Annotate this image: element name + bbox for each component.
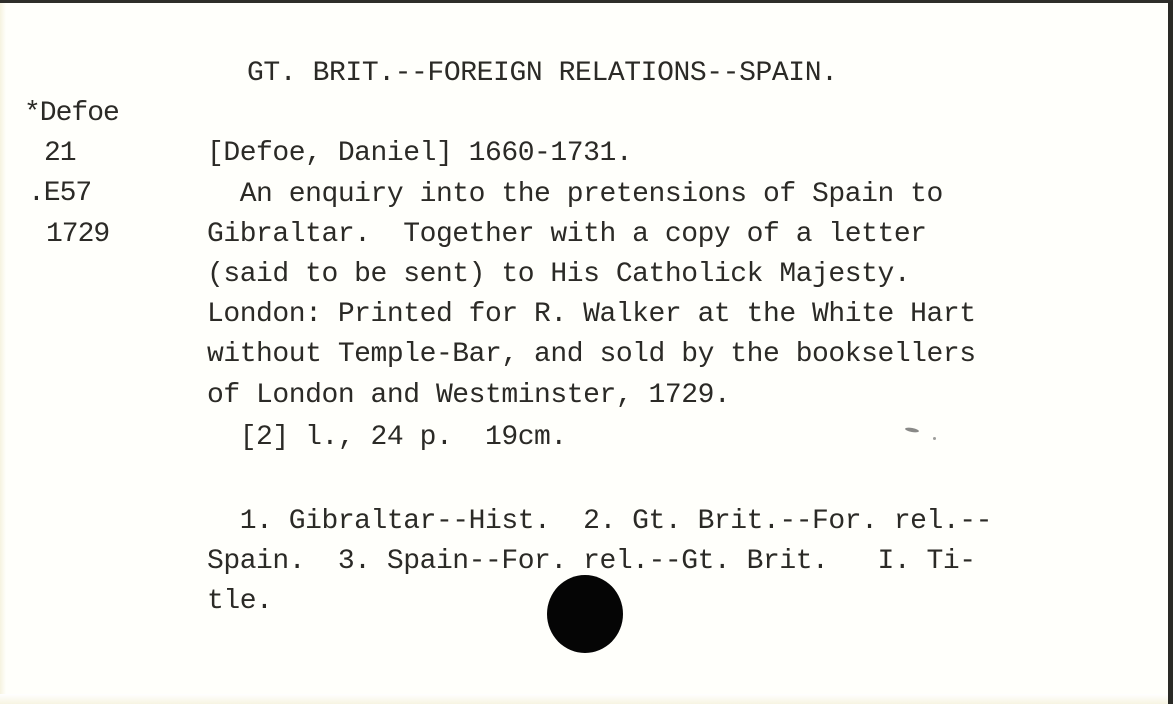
- call-number-line: *Defoe: [24, 100, 119, 128]
- ink-speck: [933, 437, 936, 440]
- imprint-line: London: Printed for R. Walker at the Whi…: [207, 301, 976, 329]
- tracing-line: 1. Gibraltar--Hist. 2. Gt. Brit.--For. r…: [207, 508, 992, 536]
- title-line: (said to be sent) to His Catholick Majes…: [207, 261, 910, 289]
- subject-heading: GT. BRIT.--FOREIGN RELATIONS--SPAIN.: [247, 60, 838, 88]
- title-line: An enquiry into the pretensions of Spain…: [207, 181, 943, 209]
- catalog-card: GT. BRIT.--FOREIGN RELATIONS--SPAIN. *De…: [0, 0, 1173, 704]
- author-line: [Defoe, Daniel] 1660-1731.: [207, 140, 632, 168]
- tracing-line: Spain. 3. Spain--For. rel.--Gt. Brit. I.…: [207, 548, 976, 576]
- collation-line: [2] l., 24 p. 19cm.: [207, 424, 567, 452]
- title-line: Gibraltar. Together with a copy of a let…: [207, 221, 927, 249]
- imprint-line: without Temple-Bar, and sold by the book…: [207, 341, 976, 369]
- call-number-line: 21: [44, 140, 76, 168]
- call-number-line: 1729: [46, 221, 109, 249]
- call-number-line: .E57: [28, 180, 91, 208]
- punch-hole: [547, 575, 623, 653]
- ink-smudge: [905, 427, 919, 433]
- imprint-line: of London and Westminster, 1729.: [207, 382, 730, 410]
- tracing-line: tle.: [207, 588, 272, 616]
